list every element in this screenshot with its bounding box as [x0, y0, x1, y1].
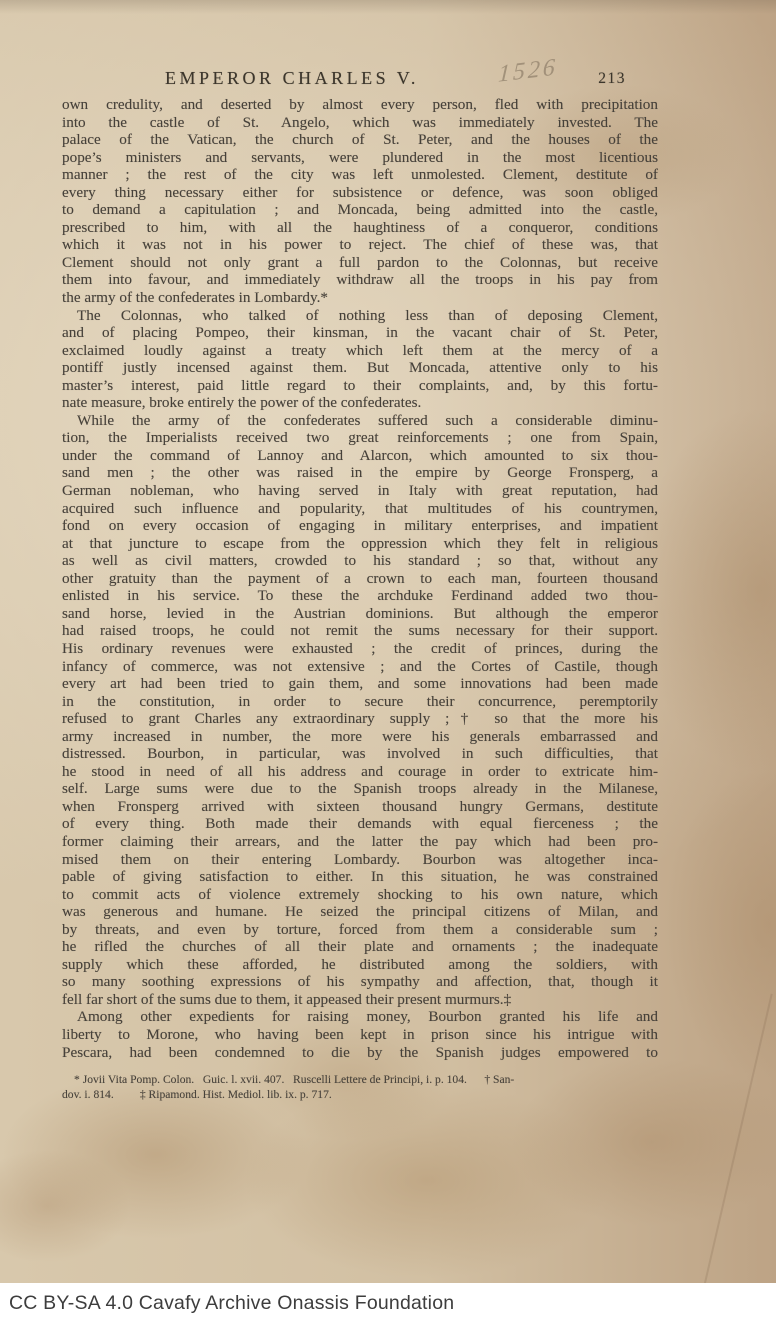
body-line: he stood in need of all his address and … [62, 763, 658, 781]
body-line: into the castle of St. Angelo, which was… [62, 114, 658, 132]
footnote-line: * Jovii Vita Pomp. Colon. Guic. l. xvii.… [62, 1073, 662, 1088]
body-line: pable of giving satisfaction to either. … [62, 868, 658, 886]
body-line: in the constitution, in order to secure … [62, 693, 658, 711]
paragraph: The Colonnas, who talked of nothing less… [62, 307, 658, 412]
body-line: had raised troops, he could not remit th… [62, 622, 658, 640]
paragraph: own credulity, and deserted by almost ev… [62, 96, 658, 307]
body-line: acquired such influence and popularity, … [62, 500, 658, 518]
body-line: fond on every occasion of engaging in mi… [62, 517, 658, 535]
handwritten-annotation: 1526 [498, 54, 559, 89]
body-line: was generous and humane. He seized the p… [62, 903, 658, 921]
body-line: as well as civil matters, crowded to his… [62, 552, 658, 570]
body-line: His ordinary revenues were exhausted ; t… [62, 640, 658, 658]
body-line: other gratuity than the payment of a cro… [62, 570, 658, 588]
body-line: exclaimed loudly against a treaty which … [62, 342, 658, 360]
body-line: army increased in number, the more were … [62, 728, 658, 746]
body-line: Clement should not only grant a full par… [62, 254, 658, 272]
footnote-line: dov. i. 814. ‡ Ripamond. Hist. Mediol. l… [62, 1088, 662, 1103]
body-line: manner ; the rest of the city was left u… [62, 166, 658, 184]
body-line: and of placing Pompeo, their kinsman, in… [62, 324, 658, 342]
body-line: sand men ; the other was raised in the e… [62, 464, 658, 482]
footnotes: * Jovii Vita Pomp. Colon. Guic. l. xvii.… [62, 1073, 662, 1102]
body-line: by threats, and even by torture, forced … [62, 921, 658, 939]
body-line: refused to grant Charles any extraordina… [62, 710, 658, 728]
body-line: While the army of the confederates suffe… [62, 412, 658, 430]
body-line: every art had been tried to gain them, a… [62, 675, 658, 693]
body-line: own credulity, and deserted by almost ev… [62, 96, 658, 114]
body-line: every thing necessary either for subsist… [62, 184, 658, 202]
paper-crease [703, 994, 772, 1287]
body-line: prescribed to him, with all the haughtin… [62, 219, 658, 237]
body-line: self. Large sums were due to the Spanish… [62, 780, 658, 798]
body-line: Pescara, had been condemned to die by th… [62, 1044, 658, 1062]
paragraph: Among other expedients for raising money… [62, 1008, 658, 1061]
body-line: German nobleman, who having served in It… [62, 482, 658, 500]
body-line: fell far short of the sums due to them, … [62, 991, 658, 1009]
body-line: infancy of commerce, was not extensive ;… [62, 658, 658, 676]
body-line: the army of the confederates in Lombardy… [62, 289, 658, 307]
body-line: under the command of Lannoy and Alarcon,… [62, 447, 658, 465]
paper-background: EMPEROR CHARLES V. 1526 213 own credulit… [0, 0, 776, 1283]
body-line: former claiming their arrears, and the l… [62, 833, 658, 851]
body-line: palace of the Vatican, the church of St.… [62, 131, 658, 149]
license-bar: CC BY-SA 4.0 Cavafy Archive Onassis Foun… [0, 1283, 776, 1324]
body-line: sand horse, levied in the Austrian domin… [62, 605, 658, 623]
scanned-book-page: EMPEROR CHARLES V. 1526 213 own credulit… [0, 0, 776, 1324]
body-line: tion, the Imperialists received two grea… [62, 429, 658, 447]
license-text: CC BY-SA 4.0 Cavafy Archive Onassis Foun… [0, 1292, 454, 1315]
body-line: nate measure, broke entirely the power o… [62, 394, 658, 412]
body-line: mised them on their entering Lombardy. B… [62, 851, 658, 869]
body-line: he rifled the churches of all their plat… [62, 938, 658, 956]
body-line: Among other expedients for raising money… [62, 1008, 658, 1026]
body-line: supply which these afforded, he distribu… [62, 956, 658, 974]
paragraph: While the army of the confederates suffe… [62, 412, 658, 1009]
body-line: pope’s ministers and servants, were plun… [62, 149, 658, 167]
body-line: pontiff justly incensed against them. Bu… [62, 359, 658, 377]
body-line: so many soothing expressions of his symp… [62, 973, 658, 991]
body-line: liberty to Morone, who having been kept … [62, 1026, 658, 1044]
body-line: The Colonnas, who talked of nothing less… [62, 307, 658, 325]
page-number: 213 [598, 70, 626, 88]
running-title: EMPEROR CHARLES V. [62, 68, 522, 89]
body-line: when Fronsperg arrived with sixteen thou… [62, 798, 658, 816]
body-line: at that juncture to escape from the oppr… [62, 535, 658, 553]
body-line: to commit acts of violence extremely sho… [62, 886, 658, 904]
body-line: of every thing. Both made their demands … [62, 815, 658, 833]
body-line: master’s interest, paid little regard to… [62, 377, 658, 395]
body-line: to demand a capitulation ; and Moncada, … [62, 201, 658, 219]
body-text: own credulity, and deserted by almost ev… [62, 96, 658, 1061]
body-line: which it was not in his power to reject.… [62, 236, 658, 254]
body-line: distressed. Bourbon, in particular, was … [62, 745, 658, 763]
body-line: enlisted in his service. To these the ar… [62, 587, 658, 605]
body-line: them into favour, and immediately withdr… [62, 271, 658, 289]
